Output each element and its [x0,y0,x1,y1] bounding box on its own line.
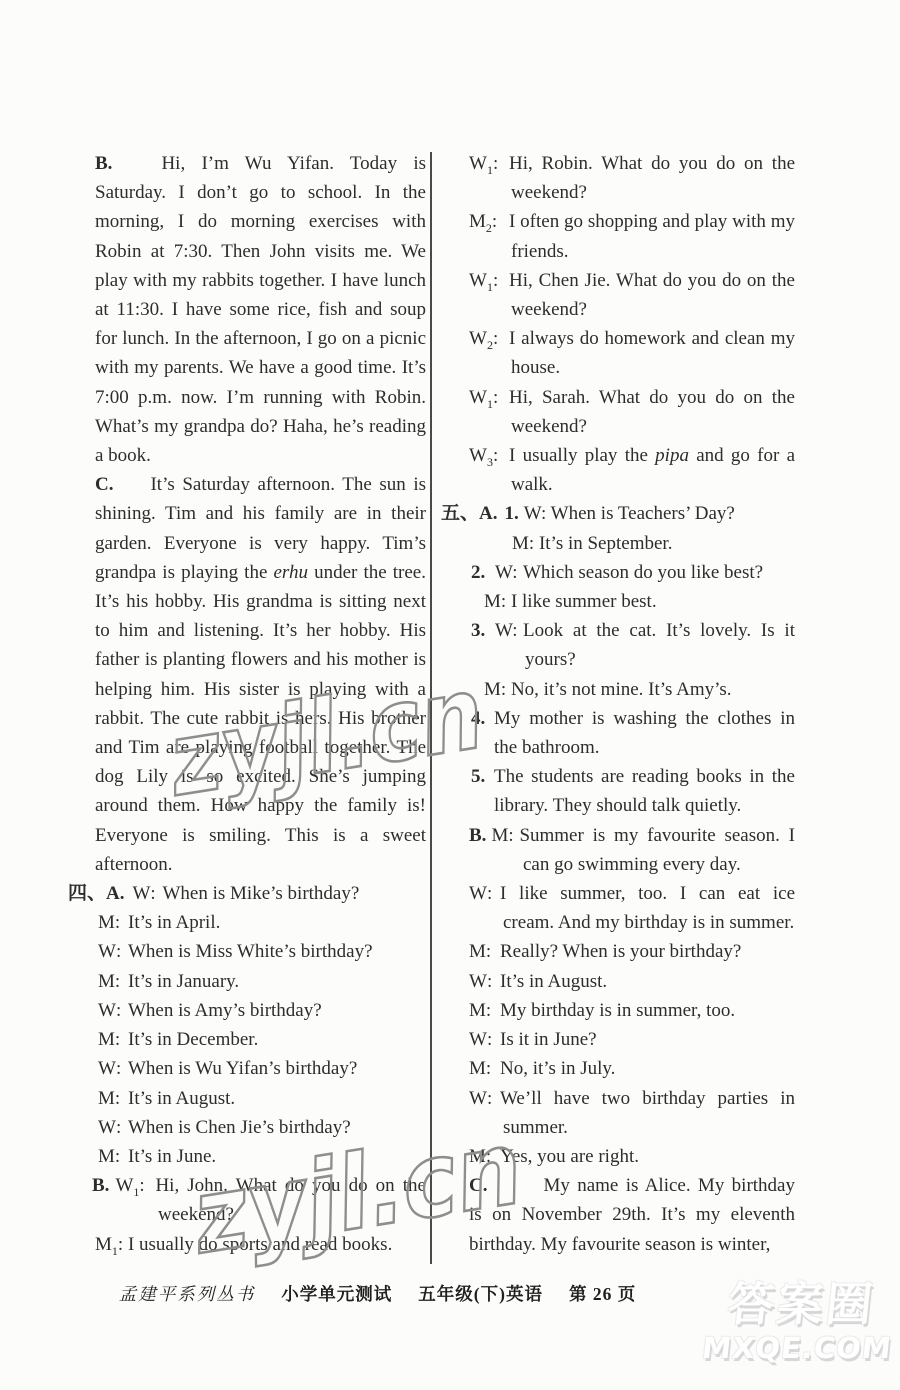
section-5b-marker: B. [469,825,486,846]
dialogue-text: It’s in April. [128,912,220,933]
speaker-label: W: [98,1054,128,1083]
dialogue-line: W1:Hi, Sarah. What do you do on the week… [469,383,795,441]
italic-word-erhu: erhu [274,562,308,583]
dialogue-line: M:It’s in June. [98,1142,426,1171]
paragraph-c-right-text: My name is Alice. My birthday is on Nove… [469,1175,795,1254]
speaker-label: M: [469,996,500,1025]
section-4b-marker: B. [92,1175,109,1196]
paragraph-b: B.Hi, I’m Wu Yifan. Today is Saturday. I… [95,149,426,470]
dialogue-line: 3.W:Look at the cat. It’s lovely. Is it … [471,616,795,674]
dialogue-text: I always do homework and clean my house. [509,328,795,378]
speaker-label: W: [98,996,128,1025]
speaker-label: W1: [469,383,509,412]
dialogue-text: It’s in August. [500,971,607,992]
speaker-label: M: [98,1084,128,1113]
statement-line: 4.My mother is washing the clothes in th… [471,704,795,762]
dialogue-text: It’s in August. [128,1088,235,1109]
speaker-label: W: [469,879,500,908]
speaker-label: M: [98,1142,128,1171]
answer-logo-cn: 答案圈 [704,1278,899,1330]
dialogue-line: W:We’ll have two birthday parties in sum… [469,1084,795,1142]
answer-site-logo: 答案圈 MXQE.COM [700,1278,899,1366]
dialogue-line: W1:Hi, Chen Jie. What do you do on the w… [469,266,795,324]
dialogue-text: It’s in January. [128,971,239,992]
dialogue-line: M:No, it’s in July. [469,1054,795,1083]
section-4a-marker: 四、A. [68,883,124,904]
speaker-label: W: [98,1113,128,1142]
section-5a-marker: 五、A. [441,503,497,524]
speaker-label: M: [469,1054,500,1083]
statement-line: 5.The students are reading books in the … [471,762,795,820]
dialogue-text: Summer is my favourite season. I can go … [519,825,795,875]
speaker-label: W: [524,503,547,524]
item-number: 2. [471,558,495,587]
speaker-label: W1: [115,1171,155,1200]
dialogue-text: No, it’s not mine. It’s Amy’s. [511,679,732,700]
item-number: 3. [471,616,495,645]
dialogue-text: I usually play the [509,445,655,466]
speaker-label: W1: [469,266,509,295]
speaker-label: M: [98,967,128,996]
dialogue-text: Is it in June? [500,1029,597,1050]
dialogue-line: M: I like summer best. [484,587,795,616]
section-4a-lines: M:It’s in April. W:When is Miss White’s … [95,908,426,1171]
dialogue-text: Yes, you are right. [500,1146,639,1167]
dialogue-text: It’s in June. [128,1146,216,1167]
dialogue-text: Hi, Chen Jie. What do you do on the week… [509,270,795,320]
italic-word-pipa: pipa [655,445,689,466]
section-4b: B.W1:Hi, John. What do you do on the wee… [95,1171,426,1259]
footer-grade-subject: 五年级(下)英语 [418,1284,543,1304]
dialogue-text: Really? When is your birthday? [500,941,741,962]
answer-logo-site: MXQE.COM [700,1330,893,1366]
speaker-label: W3: [469,441,509,470]
dialogue-line: W3:I usually play the pipa and go for a … [469,441,795,499]
footer-book-title: 小学单元测试 [281,1284,392,1304]
speaker-label: M: [469,937,500,966]
speaker-label: M2: [469,207,509,236]
dialogue-text: I like summer, too. I can eat ice cream.… [500,883,795,933]
dialogue-line: W1:Hi, Robin. What do you do on the week… [469,149,795,207]
dialogue-line: W:When is Wu Yifan’s birthday? [98,1054,426,1083]
speaker-label: M1: [95,1234,123,1255]
dialogue-line: M: It’s in September. [512,529,795,558]
footer-series-title: 孟建平系列丛书 [119,1284,256,1304]
speaker-label: W: [469,1084,500,1113]
dialogue-text: When is Wu Yifan’s birthday? [128,1058,357,1079]
dialogue-line: M: No, it’s not mine. It’s Amy’s. [484,675,795,704]
dialogue-line: M2:I often go shopping and play with my … [469,207,795,265]
section-4a: 四、A.W:When is Mike’s birthday? M:It’s in… [95,879,426,1171]
dialogue-text: I like summer best. [511,591,657,612]
dialogue-text: Hi, Robin. What do you do on the weekend… [509,153,795,203]
dialogue-line: 四、A.W:When is Mike’s birthday? [68,879,426,908]
dialogue-line: M1: I usually do sports and read books. [95,1230,426,1259]
speaker-label: W: [495,616,523,645]
dialogue-line: W:It’s in August. [469,967,795,996]
section-5a: 五、A.1.W: When is Teachers’ Day? M: It’s … [469,499,795,820]
dialogue-text: It’s in September. [539,533,673,554]
dialogue-text: When is Amy’s birthday? [128,1000,322,1021]
dialogue-text: Hi, Sarah. What do you do on the weekend… [509,387,795,437]
speaker-label: M: [484,591,506,612]
dialogue-text: I usually do sports and read books. [128,1234,392,1255]
speaker-label: M: [98,1025,128,1054]
dialogue-text: No, it’s in July. [500,1058,615,1079]
speaker-label: M: [491,821,519,850]
weekend-dialogues: W1:Hi, Robin. What do you do on the week… [469,149,795,499]
dialogue-text: My birthday is in summer, too. [500,1000,735,1021]
dialogue-line: B.M:Summer is my favourite season. I can… [469,821,795,879]
speaker-label: W: [495,558,523,587]
dialogue-line: M:Really? When is your birthday? [469,937,795,966]
dialogue-text: Look at the cat. It’s lovely. Is it your… [523,620,795,670]
dialogue-line: M:My birthday is in summer, too. [469,996,795,1025]
dialogue-text: When is Teachers’ Day? [551,503,735,524]
section-5b: B.M:Summer is my favourite season. I can… [469,821,795,1171]
dialogue-line: W:I like summer, too. I can eat ice crea… [469,879,795,937]
footer-page-number: 第 26 页 [569,1284,636,1304]
speaker-label: M: [512,533,534,554]
speaker-label: W: [132,879,162,908]
item-number: 5. [471,762,494,791]
right-column: W1:Hi, Robin. What do you do on the week… [469,149,795,1259]
dialogue-line: W2:I always do homework and clean my hou… [469,324,795,382]
paragraph-c-label: C. [95,474,113,495]
dialogue-line: M:It’s in April. [98,908,426,937]
dialogue-text: I often go shopping and play with my fri… [509,211,795,261]
section-5b-lines: W:I like summer, too. I can eat ice crea… [469,879,795,1171]
dialogue-line: M:Yes, you are right. [469,1142,795,1171]
speaker-label: M: [484,679,506,700]
paragraph-c: C.It’s Saturday afternoon. The sun is sh… [95,470,426,879]
speaker-label: M: [98,908,128,937]
speaker-label: W1: [469,149,509,178]
statement-text: The students are reading books in the li… [494,766,795,816]
page-footer: 孟建平系列丛书小学单元测试五年级(下)英语第 26 页 [95,1281,660,1306]
dialogue-line: W:When is Chen Jie’s birthday? [98,1113,426,1142]
paragraph-b-label: B. [95,153,112,174]
speaker-label: W: [469,1025,500,1054]
column-divider [430,152,432,1264]
dialogue-line: 五、A.1.W: When is Teachers’ Day? [441,499,795,528]
dialogue-line: W:When is Amy’s birthday? [98,996,426,1025]
left-column: B.Hi, I’m Wu Yifan. Today is Saturday. I… [95,149,426,1259]
dialogue-text: Which season do you like best? [523,562,763,583]
speaker-label: W2: [469,324,509,353]
speaker-label: W: [98,937,128,966]
dialogue-text: It’s in December. [128,1029,258,1050]
dialogue-text: When is Mike’s birthday? [162,883,359,904]
paragraph-b-text: Hi, I’m Wu Yifan. Today is Saturday. I d… [95,153,426,466]
statement-text: My mother is washing the clothes in the … [494,708,795,758]
item-number: 1. [504,503,518,524]
dialogue-line: M:It’s in August. [98,1084,426,1113]
dialogue-line: W:Is it in June? [469,1025,795,1054]
paragraph-c-right: C.My name is Alice. My birthday is on No… [469,1171,795,1259]
item-number: 4. [471,704,494,733]
dialogue-text: When is Miss White’s birthday? [128,941,373,962]
section-4b-lines: M1: I usually do sports and read books. [95,1230,426,1259]
paragraph-c-text-cont: under the tree. It’s his hobby. His gran… [95,562,426,875]
speaker-label: M: [469,1142,500,1171]
dialogue-line: M:It’s in January. [98,967,426,996]
speaker-label: W: [469,967,500,996]
paragraph-c-right-label: C. [469,1175,487,1196]
dialogue-line: W:When is Miss White’s birthday? [98,937,426,966]
dialogue-line: B.W1:Hi, John. What do you do on the wee… [92,1171,426,1229]
dialogue-text: We’ll have two birthday parties in summe… [500,1088,795,1138]
dialogue-text: When is Chen Jie’s birthday? [128,1117,351,1138]
dialogue-line: 2.W:Which season do you like best? [471,558,795,587]
dialogue-line: M:It’s in December. [98,1025,426,1054]
dialogue-text: Hi, John. What do you do on the weekend? [155,1175,426,1225]
